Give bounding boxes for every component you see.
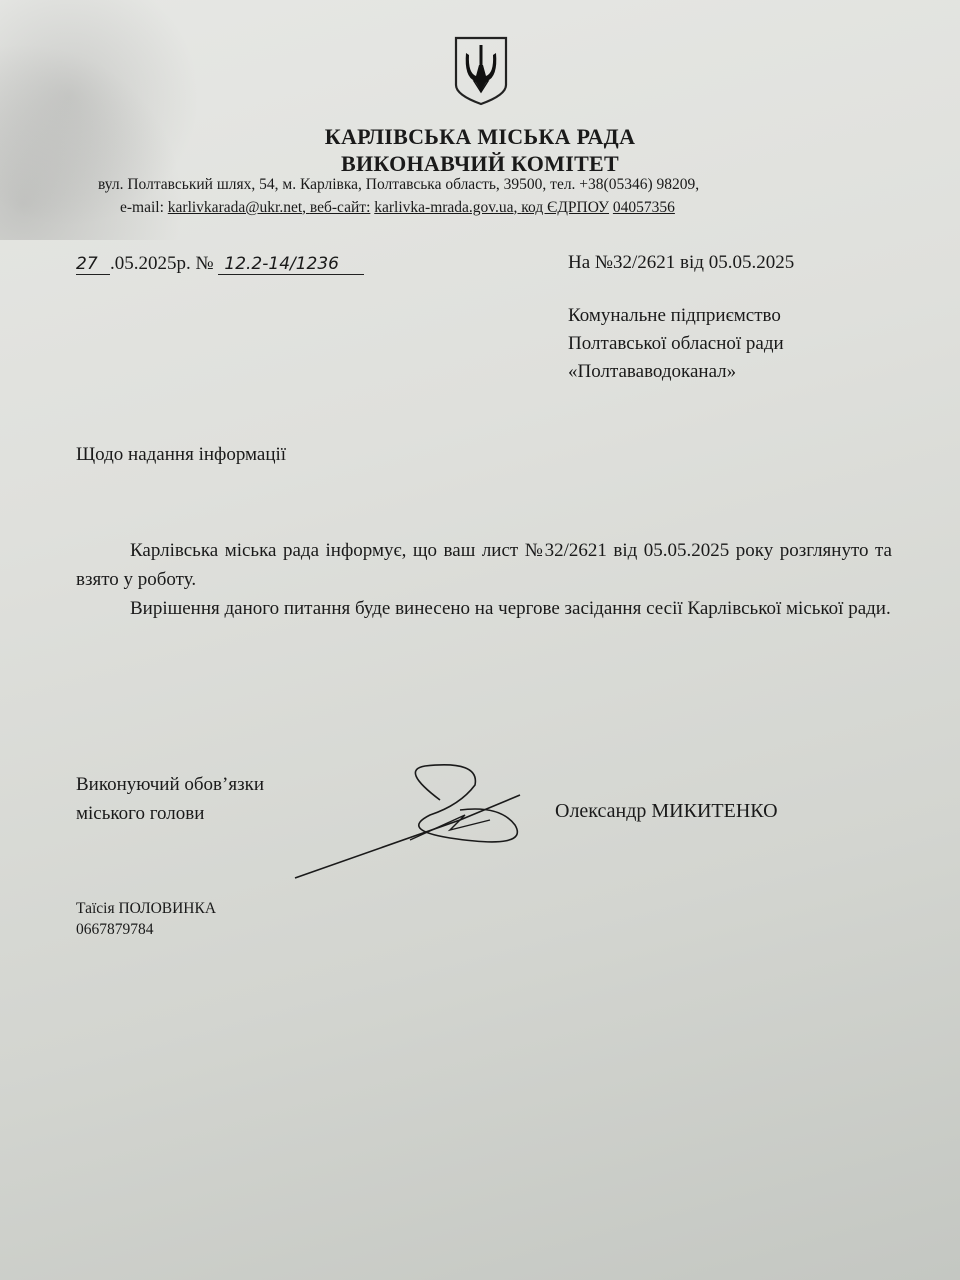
role-line: Виконуючий обов’язки [76,770,264,799]
registration-day: 27 [76,254,110,275]
org-address: вул. Полтавський шлях, 54, м. Карлівка, … [98,176,699,194]
addressee: Комунальне підприємство Полтавської обла… [568,302,784,386]
subject-line: Щодо надання інформації [76,444,286,466]
executor-name: Таїсія ПОЛОВИНКА [76,898,216,919]
body-paragraph: Карлівська міська рада інформує, що ваш … [76,536,892,594]
edrpou-code: 04057356 [613,199,675,216]
code-label: код ЄДРПОУ [521,199,609,216]
registration-line: 27.05.2025р. № 12.2-14/1236 [76,253,364,275]
addressee-line: «Полтававодоканал» [568,358,784,386]
role-line: міського голови [76,799,264,828]
registration-date: .05.2025р. [110,253,191,274]
executor-phone: 0667879784 [76,919,216,940]
org-contacts: e-mail: karlivkarada@ukr.net, веб-сайт: … [120,199,675,217]
email-link[interactable]: karlivkarada@ukr.net [168,199,302,216]
org-unit: ВИКОНАВЧИЙ КОМІТЕТ [0,151,960,177]
letter-page: КАРЛІВСЬКА МІСЬКА РАДА ВИКОНАВЧИЙ КОМІТЕ… [0,0,960,1280]
addressee-line: Полтавської обласної ради [568,330,784,358]
body-paragraph: Вирішення даного питання буде винесено н… [76,594,892,623]
signatory-name: Олександр МИКИТЕНКО [555,800,778,823]
handwritten-signature-icon [290,760,530,885]
website-link[interactable]: karlivka-mrada.gov.ua [374,199,513,216]
number-label: № [196,253,214,274]
org-name: КАРЛІВСЬКА МІСЬКА РАДА [0,124,960,150]
website-label: веб-сайт: [310,199,370,216]
executor-info: Таїсія ПОЛОВИНКА 0667879784 [76,898,216,940]
registration-number: 12.2-14/1236 [218,254,364,275]
letter-body: Карлівська міська рада інформує, що ваш … [76,536,892,623]
ukraine-coat-of-arms-icon [453,35,509,107]
reference-line: На №32/2621 від 05.05.2025 [568,252,794,274]
addressee-line: Комунальне підприємство [568,302,784,330]
email-label: e-mail: [120,199,164,216]
signatory-role: Виконуючий обов’язки міського голови [76,770,264,828]
